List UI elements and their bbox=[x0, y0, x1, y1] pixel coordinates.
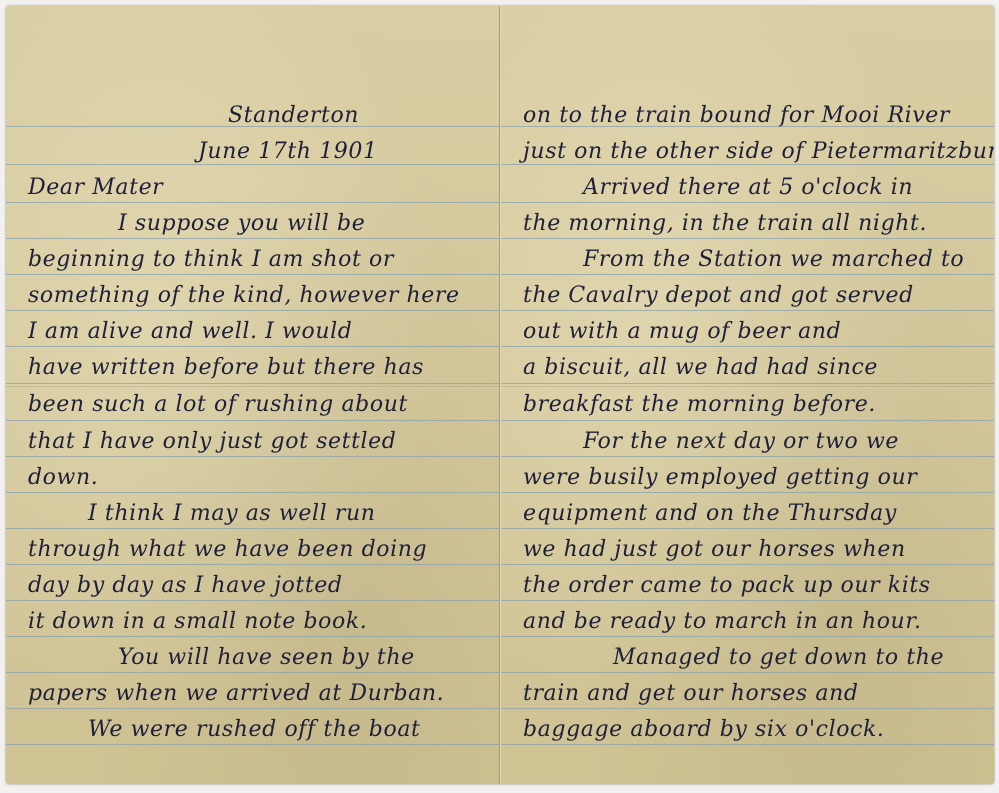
letter-line: We were rushed off the boat bbox=[28, 712, 489, 748]
letter-line: Arrived there at 5 o'clock in bbox=[523, 170, 985, 206]
letter-line: out with a mug of beer and bbox=[523, 314, 985, 350]
letter-line: the morning, in the train all night. bbox=[523, 206, 985, 242]
letter-line: the order came to pack up our kits bbox=[523, 568, 985, 604]
letter-line: beginning to think I am shot or bbox=[28, 242, 489, 278]
letter-line: You will have seen by the bbox=[28, 640, 489, 676]
letter-line: I am alive and well. I would bbox=[28, 314, 489, 350]
letter-line: down. bbox=[28, 460, 489, 496]
letter-place: Standerton bbox=[28, 98, 489, 134]
letter-line: that I have only just got settled bbox=[28, 424, 489, 460]
letter-line: just on the other side of Pietermaritzbu… bbox=[523, 134, 985, 170]
letter-line: For the next day or two we bbox=[523, 424, 985, 460]
letter-line: it down in a small note book. bbox=[28, 604, 489, 640]
letter-line: I think I may as well run bbox=[28, 496, 489, 532]
letter-line: train and get our horses and bbox=[523, 676, 985, 712]
letter-line: equipment and on the Thursday bbox=[523, 496, 985, 532]
letter-line: I suppose you will be bbox=[28, 206, 489, 242]
horizontal-fold-crease bbox=[6, 386, 994, 388]
letter-scan: Standerton June 17th 1901 Dear Mater I s… bbox=[6, 6, 994, 784]
letter-line: were busily employed getting our bbox=[523, 460, 985, 496]
letter-line: been such a lot of rushing about bbox=[28, 387, 489, 423]
letter-line: From the Station we marched to bbox=[523, 242, 985, 278]
letter-line: have written before but there has bbox=[28, 350, 489, 386]
letter-page-left: Standerton June 17th 1901 Dear Mater I s… bbox=[6, 6, 500, 784]
letter-page-right: on to the train bound for Mooi River jus… bbox=[500, 6, 994, 784]
letter-line: papers when we arrived at Durban. bbox=[28, 676, 489, 712]
letter-line: on to the train bound for Mooi River bbox=[523, 98, 985, 134]
letter-line: the Cavalry depot and got served bbox=[523, 278, 985, 314]
letter-line: baggage aboard by six o'clock. bbox=[523, 712, 985, 748]
letter-line: we had just got our horses when bbox=[523, 532, 985, 568]
letter-line: breakfast the morning before. bbox=[523, 387, 985, 423]
letter-line: and be ready to march in an hour. bbox=[523, 604, 985, 640]
letter-line: something of the kind, however here bbox=[28, 278, 489, 314]
letter-line: day by day as I have jotted bbox=[28, 568, 489, 604]
letter-date: June 17th 1901 bbox=[28, 134, 489, 170]
letter-line: Managed to get down to the bbox=[523, 640, 985, 676]
letter-salutation: Dear Mater bbox=[28, 170, 489, 206]
letter-line: through what we have been doing bbox=[28, 532, 489, 568]
letter-line: a biscuit, all we had had since bbox=[523, 350, 985, 386]
